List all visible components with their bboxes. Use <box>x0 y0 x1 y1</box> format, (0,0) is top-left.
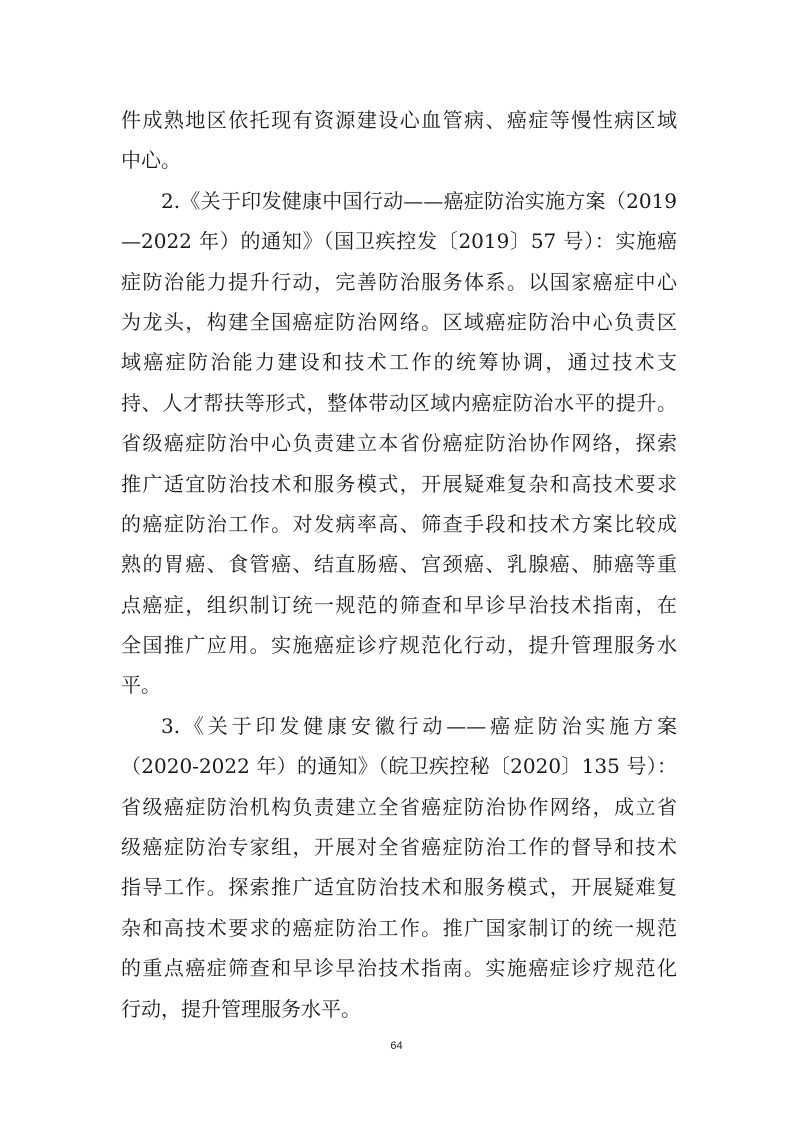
text-line: 症防治能力提升行动，完善防治服务体系。以国家癌症中心 <box>121 262 677 302</box>
text-line: 的癌症防治工作。对发病率高、筛查手段和技术方案比较成 <box>121 504 677 544</box>
document-page: 件成熟地区依托现有资源建设心血管病、癌症等慢性病区域 中心。 2.《关于印发健康… <box>0 0 793 1122</box>
text-line: 指导工作。探索推广适宜防治技术和服务模式，开展疑难复 <box>121 867 677 907</box>
text-line: 平。 <box>121 665 677 705</box>
text-line-item-2-heading: 2.《关于印发健康中国行动——癌症防治实施方案（2019 <box>121 181 677 221</box>
text-line: 件成熟地区依托现有资源建设心血管病、癌症等慢性病区域 <box>121 100 677 140</box>
text-line: 熟的胃癌、食管癌、结直肠癌、宫颈癌、乳腺癌、肺癌等重 <box>121 544 677 584</box>
text-line: 中心。 <box>121 140 677 180</box>
text-line-item-3-heading: 3.《关于印发健康安徽行动——癌症防治实施方案 <box>121 706 677 746</box>
text-line: 的重点癌症筛查和早诊早治技术指南。实施癌症诊疗规范化 <box>121 948 677 988</box>
text-line: 持、人才帮扶等形式，整体带动区域内癌症防治水平的提升。 <box>121 383 677 423</box>
text-line: 全国推广应用。实施癌症诊疗规范化行动，提升管理服务水 <box>121 625 677 665</box>
text-line: 域癌症防治能力建设和技术工作的统筹协调，通过技术支 <box>121 342 677 382</box>
text-line: 点癌症，组织制订统一规范的筛查和早诊早治技术指南，在 <box>121 585 677 625</box>
text-line: 行动，提升管理服务水平。 <box>121 989 677 1029</box>
text-line: 推广适宜防治技术和服务模式，开展疑难复杂和高技术要求 <box>121 464 677 504</box>
body-text: 件成熟地区依托现有资源建设心血管病、癌症等慢性病区域 中心。 2.《关于印发健康… <box>121 100 677 1029</box>
text-line: 省级癌症防治机构负责建立全省癌症防治协作网络，成立省 <box>121 787 677 827</box>
page-number: 64 <box>0 1040 793 1052</box>
text-line: 省级癌症防治中心负责建立本省份癌症防治协作网络，探索 <box>121 423 677 463</box>
text-line: （2020-2022 年）的通知》（皖卫疾控秘〔2020〕135 号）： <box>121 746 677 786</box>
text-line: 为龙头，构建全国癌症防治网络。区域癌症防治中心负责区 <box>121 302 677 342</box>
text-line: —2022 年）的通知》（国卫疾控发〔2019〕57 号）：实施癌 <box>121 221 677 261</box>
text-line: 杂和高技术要求的癌症防治工作。推广国家制订的统一规范 <box>121 908 677 948</box>
text-line: 级癌症防治专家组，开展对全省癌症防治工作的督导和技术 <box>121 827 677 867</box>
